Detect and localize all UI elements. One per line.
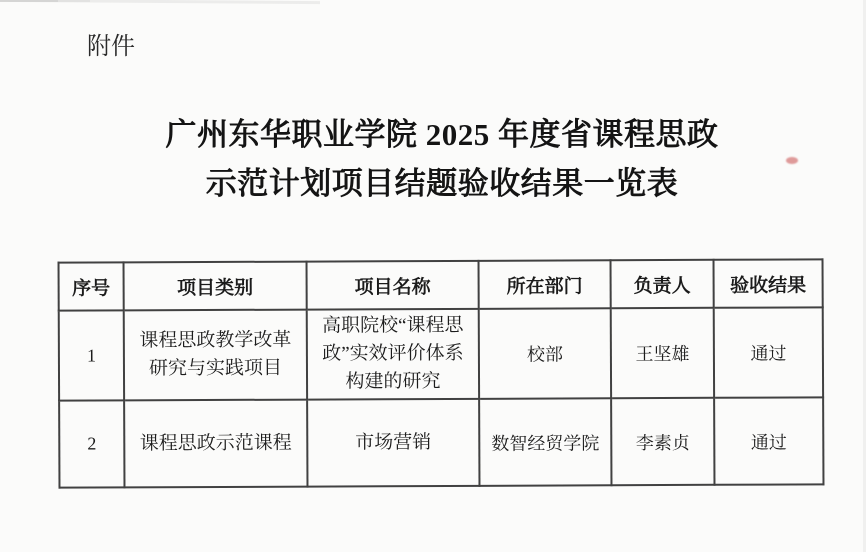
document-title-line2: 示范计划项目结题验收结果一览表 — [9, 159, 866, 208]
column-header-leader: 负责人 — [611, 260, 714, 308]
cell-no: 1 — [59, 310, 124, 400]
red-ink-mark — [786, 157, 798, 164]
cell-leader: 李素贞 — [611, 398, 714, 485]
table-row: 2 课程思政示范课程 市场营销 数智经贸学院 李素贞 通过 — [59, 397, 823, 487]
cell-no: 2 — [59, 400, 124, 487]
cell-name: 高职院校“课程思 政”实效评价体系 构建的研究 — [307, 309, 479, 400]
cell-result: 通过 — [714, 397, 823, 484]
document-title-line1: 广州东华职业学院 2025 年度省课程思政 — [9, 110, 866, 159]
cell-category: 课程思政教学改革 研究与实践项目 — [124, 310, 307, 401]
scan-streak — [0, 0, 58, 2]
document-title: 广州东华职业学院 2025 年度省课程思政 示范计划项目结题验收结果一览表 — [9, 110, 866, 208]
results-table: 序号 项目类别 项目名称 所在部门 负责人 验收结果 1 课程思政教学改革 研究… — [58, 258, 825, 488]
cell-name: 市场营销 — [307, 399, 479, 487]
table-row: 1 课程思政教学改革 研究与实践项目 高职院校“课程思 政”实效评价体系 构建的… — [59, 307, 823, 400]
scan-streak — [0, 0, 90, 2]
column-header-category: 项目类别 — [124, 262, 307, 311]
cell-department: 校部 — [479, 308, 611, 399]
table-header-row: 序号 项目类别 项目名称 所在部门 负责人 验收结果 — [59, 259, 823, 310]
cell-category: 课程思政示范课程 — [124, 400, 307, 488]
scan-streak — [0, 0, 320, 4]
column-header-department: 所在部门 — [479, 260, 611, 309]
cell-leader: 王坚雄 — [611, 308, 714, 398]
cell-department: 数智经贸学院 — [479, 398, 611, 486]
column-header-result: 验收结果 — [714, 259, 823, 307]
attachment-label: 附件 — [87, 33, 135, 61]
column-header-no: 序号 — [59, 262, 124, 310]
cell-result: 通过 — [714, 307, 823, 397]
scanned-document-page: 附件 广州东华职业学院 2025 年度省课程思政 示范计划项目结题验收结果一览表… — [0, 0, 866, 552]
column-header-name: 项目名称 — [307, 261, 479, 310]
